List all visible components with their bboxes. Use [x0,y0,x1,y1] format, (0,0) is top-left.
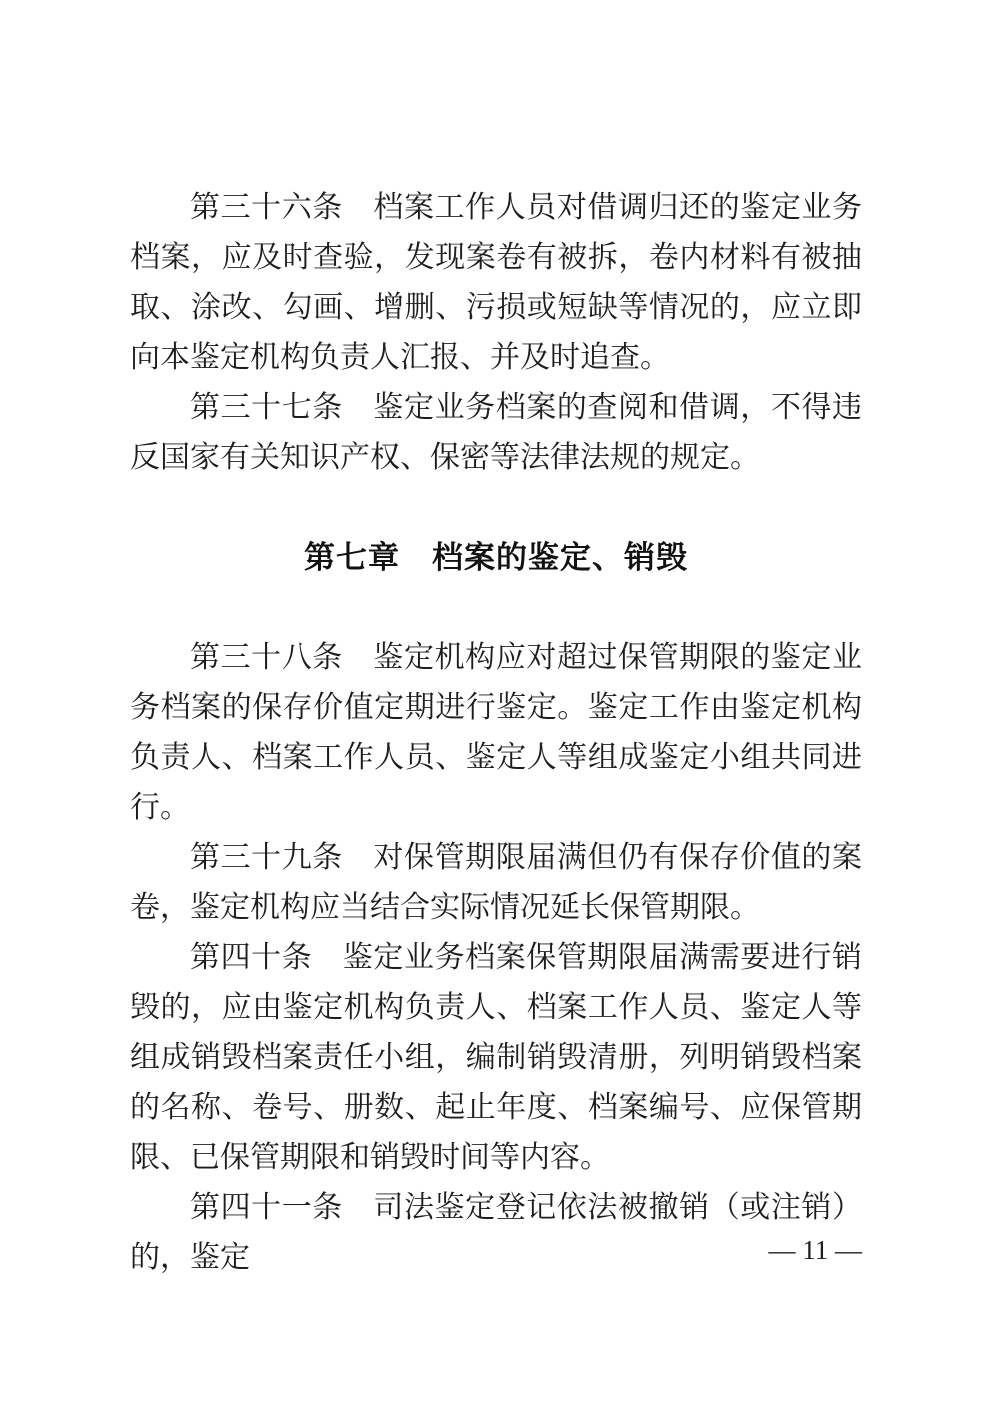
document-body: 第三十六条 档案工作人员对借调归还的鉴定业务档案，应及时查验，发现案卷有被拆，卷… [130,183,862,1283]
article-36-paragraph: 第三十六条 档案工作人员对借调归还的鉴定业务档案，应及时查验，发现案卷有被拆，卷… [130,183,862,383]
article-37-paragraph: 第三十七条 鉴定业务档案的查阅和借调，不得违反国家有关知识产权、保密等法律法规的… [130,383,862,483]
document-page: 第三十六条 档案工作人员对借调归还的鉴定业务档案，应及时查验，发现案卷有被拆，卷… [0,0,992,1403]
article-40-paragraph: 第四十条 鉴定业务档案保管期限届满需要进行销毁的，应由鉴定机构负责人、档案工作人… [130,933,862,1183]
article-41-paragraph: 第四十一条 司法鉴定登记依法被撤销（或注销）的，鉴定 [130,1183,862,1283]
article-38-paragraph: 第三十八条 鉴定机构应对超过保管期限的鉴定业务档案的保存价值定期进行鉴定。鉴定工… [130,633,862,833]
article-39-paragraph: 第三十九条 对保管期限届满但仍有保存价值的案卷，鉴定机构应当结合实际情况延长保管… [130,833,862,933]
chapter-7-heading: 第七章 档案的鉴定、销毁 [130,533,862,583]
page-number: — 11 — [769,1234,863,1266]
